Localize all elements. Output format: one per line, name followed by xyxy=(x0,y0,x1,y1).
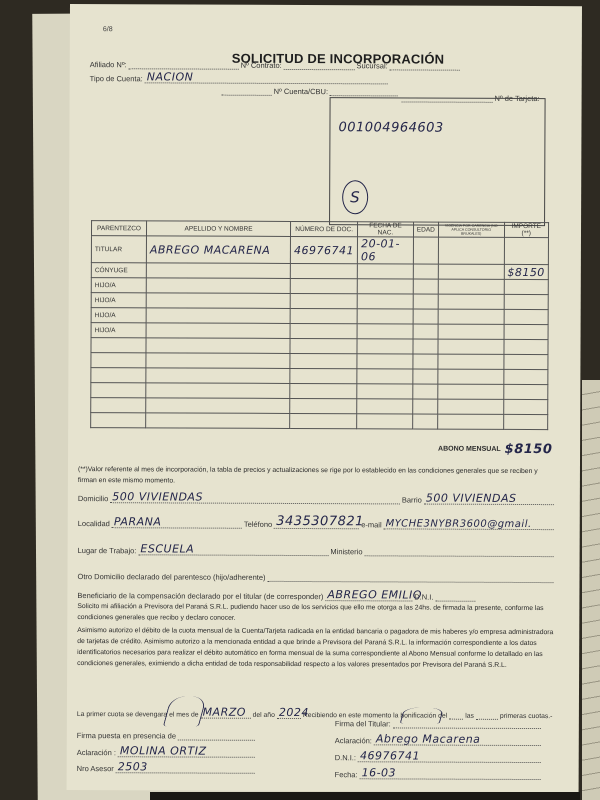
cell-importe[interactable] xyxy=(503,384,548,399)
card-number-box[interactable]: 00100496​4603 S xyxy=(329,97,546,226)
cuota-anio-label: del año xyxy=(253,712,275,719)
cell-edad[interactable] xyxy=(413,237,438,264)
cell-importe[interactable] xyxy=(503,339,548,354)
cell-nombre[interactable] xyxy=(146,413,290,429)
cell-edad[interactable] xyxy=(413,324,438,339)
barrio-field[interactable]: 500 VIVIENDAS xyxy=(424,496,554,506)
cell-importe[interactable] xyxy=(503,399,548,414)
cuota-anio-field[interactable]: 2024 xyxy=(277,710,301,719)
telefono-label: Teléfono xyxy=(244,520,272,529)
legal-paragraph-1: Solicito mi afiliación a Previsora del P… xyxy=(77,601,555,625)
cell-nombre[interactable] xyxy=(146,308,290,324)
cell-doc[interactable] xyxy=(290,368,357,383)
cell-nombre[interactable] xyxy=(146,263,290,279)
fecha-right-row: Fecha: 16-03 xyxy=(335,770,543,780)
cell-nombre[interactable] xyxy=(146,278,290,294)
circled-letter: S xyxy=(342,180,368,214)
barrio-value: 500 VIVIENDAS xyxy=(426,492,517,505)
parentezco-value: HIJO/A xyxy=(95,297,116,304)
cell-nombre[interactable] xyxy=(146,338,290,354)
firma-titular-field[interactable] xyxy=(393,719,541,729)
tipo-cuenta-label: Tipo de Cuenta: xyxy=(90,74,143,83)
cell-nombre[interactable] xyxy=(146,353,290,369)
telefono-field[interactable]: 3435307821 xyxy=(274,520,359,529)
fecha-nac-value: 20-01-06 xyxy=(361,237,400,263)
sucursal-field[interactable] xyxy=(390,61,460,70)
tipo-cuenta-field[interactable]: NACION xyxy=(145,74,388,84)
cell-doc[interactable] xyxy=(290,308,357,323)
cell-fecha-nac[interactable] xyxy=(357,294,413,309)
cell-fecha-nac[interactable] xyxy=(357,324,413,339)
cell-vigencia[interactable] xyxy=(438,384,504,399)
cell-edad[interactable] xyxy=(413,279,438,294)
abono-mensual: ABONO MENSUAL $8150 xyxy=(438,442,552,457)
cell-nombre[interactable] xyxy=(146,368,290,384)
cuota-mes-field[interactable]: MARZO xyxy=(201,710,251,719)
cell-parentezco: TITULAR xyxy=(91,236,146,263)
col-nombre: APELLIDO Y NOMBRE xyxy=(146,221,290,237)
importe-value: $8150 xyxy=(507,265,545,278)
dni-right-value: 46976741 xyxy=(360,749,420,762)
cell-fecha-nac[interactable] xyxy=(357,339,413,354)
asesor-label: Nro Asesor xyxy=(77,764,114,773)
cell-parentezco: HIJO/A xyxy=(91,323,146,338)
legal-paragraph-2: Asimismo autorizo el débito de la cuota … xyxy=(77,625,555,671)
nombre-value: ABREGO MACARENA xyxy=(150,243,270,257)
dni-right-label: D.N.I.: xyxy=(335,753,356,762)
domicilio-value: 500 VIVIENDAS xyxy=(112,490,203,503)
fecha-right-field[interactable]: 16-03 xyxy=(360,770,541,780)
cuota-mes-value: MARZO xyxy=(203,706,246,719)
cbu-leading-dots xyxy=(222,87,272,96)
cell-nombre[interactable] xyxy=(146,383,290,399)
header-row-2: Tipo de Cuenta: NACION xyxy=(90,74,390,84)
form-page: 6/8 SOLICITUD DE INCORPORACIÓN Afiliado … xyxy=(67,4,582,792)
cell-fecha-nac[interactable] xyxy=(357,414,413,429)
fecha-right-label: Fecha: xyxy=(335,770,358,779)
firma-titular-label: Firma del Titular: xyxy=(335,719,391,728)
cell-nombre[interactable]: ABREGO MACARENA xyxy=(146,236,290,264)
asesor-field[interactable]: 2503 xyxy=(116,764,255,774)
cell-fecha-nac[interactable] xyxy=(357,399,413,414)
domicilio-label: Domicilio xyxy=(78,494,108,503)
col-parentezco: PARENTEZCO xyxy=(91,221,146,236)
localidad-value: PARANA xyxy=(114,515,162,528)
cell-vigencia[interactable] xyxy=(438,414,504,429)
abono-value: $8150 xyxy=(505,442,553,457)
card-number-value: 00100496​4603 xyxy=(338,120,443,135)
cell-vigencia[interactable] xyxy=(438,309,504,324)
cell-doc[interactable] xyxy=(290,263,357,278)
aclaracion-right-field[interactable]: Abrego Macarena xyxy=(374,736,541,746)
las-field[interactable] xyxy=(476,711,498,720)
localidad-row: Localidad PARANA Teléfono 3435307821 e-m… xyxy=(78,519,556,530)
witness-signature xyxy=(163,696,207,726)
cuenta-cbu-field[interactable] xyxy=(330,87,398,96)
col-fecha-nac: FECHA DE NAC. xyxy=(358,222,414,237)
cell-parentezco xyxy=(91,413,146,428)
cell-importe[interactable] xyxy=(503,354,548,369)
aclaracion-left-label: Aclaración : xyxy=(77,748,116,757)
firma-presencia-row: Firma puesta en presencia de xyxy=(77,731,257,741)
beneficiario-field[interactable]: ABREGO EMILIO xyxy=(325,592,412,601)
afiliado-field[interactable] xyxy=(129,60,239,69)
domicilio-row: Domicilio 500 VIVIENDAS Barrio 500 VIVIE… xyxy=(78,494,556,505)
cell-parentezco: HIJO/A xyxy=(91,278,146,293)
cell-importe[interactable] xyxy=(503,414,548,429)
beneficiario-dni-field[interactable] xyxy=(435,593,475,602)
beneficiario-label: Beneficiario de la compensación declarad… xyxy=(77,591,323,601)
cell-parentezco: CÓNYUGE xyxy=(91,263,146,278)
cell-edad[interactable] xyxy=(413,354,438,369)
cell-vigencia[interactable] xyxy=(438,339,504,354)
cell-importe[interactable] xyxy=(504,279,549,294)
cell-vigencia[interactable] xyxy=(438,237,504,264)
cuenta-cbu-label: Nº Cuenta/CBU: xyxy=(274,87,328,96)
cell-nombre[interactable] xyxy=(146,293,290,309)
fecha-right-value: 16-03 xyxy=(362,766,397,779)
cell-fecha-nac[interactable] xyxy=(357,264,413,279)
cell-nombre[interactable] xyxy=(146,398,290,414)
otro-domicilio-field[interactable] xyxy=(268,573,554,583)
cell-importe[interactable] xyxy=(504,324,549,339)
cell-fecha-nac[interactable] xyxy=(357,309,413,324)
dni-right-field[interactable]: 46976741 xyxy=(358,753,541,763)
cell-doc[interactable] xyxy=(290,278,357,293)
cell-parentezco xyxy=(91,383,146,398)
cell-edad[interactable] xyxy=(413,384,438,399)
telefono-value: 3435307821 xyxy=(276,514,364,529)
header-row-3: Nº Cuenta/CBU: xyxy=(220,87,400,97)
cell-doc[interactable]: 46976741 xyxy=(290,236,357,263)
cell-vigencia[interactable] xyxy=(438,399,504,414)
aclaracion-left-value: MOLINA ORTIZ xyxy=(120,744,207,757)
aclaracion-left-row: Aclaración : MOLINA ORTIZ xyxy=(77,748,257,758)
firma-presencia-field[interactable] xyxy=(178,731,255,740)
cell-vigencia[interactable] xyxy=(438,324,504,339)
aclaracion-left-field[interactable]: MOLINA ORTIZ xyxy=(118,748,255,758)
cell-doc[interactable] xyxy=(290,413,357,428)
cell-doc[interactable] xyxy=(290,398,357,413)
bonif-field[interactable] xyxy=(449,711,463,720)
parentezco-value: HIJO/A xyxy=(95,282,116,289)
col-edad: EDAD xyxy=(413,222,438,237)
cell-importe[interactable] xyxy=(504,294,549,309)
cuota-anio-value: 2024 xyxy=(279,706,309,719)
cell-doc[interactable] xyxy=(290,293,357,308)
aclaracion-right-row: Aclaración: Abrego Macarena xyxy=(335,736,543,746)
primer-cuota-row: La primer cuota se devengara el mes de M… xyxy=(77,709,555,720)
las-label: las xyxy=(465,713,474,720)
lugar-trabajo-label: Lugar de Trabajo: xyxy=(78,546,137,555)
email-value: MYCHE3NYBR3600@gmail. xyxy=(386,518,532,530)
ministerio-label: Ministerio xyxy=(330,547,362,556)
sucursal-label: Sucursal: xyxy=(356,61,387,70)
cell-parentezco xyxy=(91,353,146,368)
tipo-cuenta-value: NACION xyxy=(147,70,194,83)
email-label: e-mail xyxy=(361,520,381,529)
ministerio-field[interactable] xyxy=(364,547,553,557)
cell-importe[interactable] xyxy=(504,309,549,324)
cell-parentezco: HIJO/A xyxy=(91,308,146,323)
firma-presencia-label: Firma puesta en presencia de xyxy=(77,731,176,740)
cell-fecha-nac[interactable] xyxy=(357,369,413,384)
cell-importe[interactable] xyxy=(504,237,549,264)
parentezco-value: HIJO/A xyxy=(95,312,116,319)
contrato-field[interactable] xyxy=(284,61,355,70)
cell-vigencia[interactable] xyxy=(438,264,504,279)
cell-nombre[interactable] xyxy=(146,323,290,339)
cell-doc[interactable] xyxy=(290,338,357,353)
afiliado-label: Afiliado Nº: xyxy=(90,60,127,69)
cell-fecha-nac[interactable] xyxy=(357,354,413,369)
adjacent-sheet-edge xyxy=(582,380,600,800)
doc-value: 46976741 xyxy=(294,243,354,256)
asesor-row: Nro Asesor 2503 xyxy=(77,764,257,774)
beneficiario-value: ABREGO EMILIO xyxy=(327,588,422,601)
col-doc: NÚMERO DE DOC. xyxy=(291,221,358,236)
cell-doc[interactable] xyxy=(290,383,357,398)
otro-domicilio-label: Otro Domicilio declarado del parentesco … xyxy=(77,572,265,582)
otro-domicilio-row: Otro Domicilio declarado del parentesco … xyxy=(77,572,555,583)
cell-doc[interactable] xyxy=(290,323,357,338)
members-table: PARENTEZCO APELLIDO Y NOMBRE NÚMERO DE D… xyxy=(90,220,549,430)
cell-parentezco xyxy=(91,368,146,383)
cell-fecha-nac[interactable]: 20-01-06 xyxy=(357,237,413,264)
parentezco-value: TITULAR xyxy=(95,246,122,253)
cell-fecha-nac[interactable] xyxy=(357,384,413,399)
aclaracion-right-value: Abrego Macarena xyxy=(376,732,481,745)
col-vigencia: VIGENCIA POR CARENCIA (NO APLICA CONSULT… xyxy=(438,222,504,237)
cell-edad[interactable] xyxy=(413,309,438,324)
dni-right-row: D.N.I.: 46976741 xyxy=(335,753,543,763)
localidad-label: Localidad xyxy=(78,519,110,528)
cell-fecha-nac[interactable] xyxy=(357,279,413,294)
cell-parentezco: HIJO/A xyxy=(91,293,146,308)
cell-edad[interactable] xyxy=(413,399,438,414)
cell-vigencia[interactable] xyxy=(438,369,504,384)
trabajo-row: Lugar de Trabajo: ESCUELA Ministerio xyxy=(78,546,556,557)
dark-edge xyxy=(150,792,580,800)
beneficiario-row: Beneficiario de la compensación declarad… xyxy=(77,591,477,602)
cell-vigencia[interactable] xyxy=(438,279,504,294)
cell-edad[interactable] xyxy=(412,414,437,429)
lugar-trabajo-field[interactable]: ESCUELA xyxy=(138,546,328,556)
cell-edad[interactable] xyxy=(413,294,438,309)
col-importe: IMPORTE (**) xyxy=(504,222,549,237)
abono-label: ABONO MENSUAL xyxy=(438,446,501,453)
barrio-label: Barrio xyxy=(402,495,422,504)
aclaracion-right-label: Aclaración: xyxy=(335,736,372,745)
table-row: TITULARABREGO MACARENA4697674120-01-06 xyxy=(91,236,548,265)
email-field[interactable]: MYCHE3NYBR3600@gmail. xyxy=(384,520,554,530)
footnote: (**)Valor referente al mes de incorporac… xyxy=(78,464,556,488)
domicilio-field[interactable]: 500 VIVIENDAS xyxy=(110,494,400,504)
lugar-trabajo-value: ESCUELA xyxy=(140,542,194,555)
asesor-value: 2503 xyxy=(118,760,148,773)
page-number: 6/8 xyxy=(103,26,113,33)
contrato-label: Nº Contrato: xyxy=(241,61,282,70)
cell-edad[interactable] xyxy=(413,369,438,384)
cell-vigencia[interactable] xyxy=(438,294,504,309)
cell-importe[interactable] xyxy=(503,369,548,384)
firma-titular-row: Firma del Titular: xyxy=(335,719,543,729)
localidad-field[interactable]: PARANA xyxy=(112,519,242,529)
cell-parentezco xyxy=(91,338,146,353)
parentezco-value: CÓNYUGE xyxy=(95,267,128,274)
cell-parentezco xyxy=(91,398,146,413)
parentezco-value: HIJO/A xyxy=(95,327,116,334)
cell-doc[interactable] xyxy=(290,353,357,368)
cell-importe[interactable]: $8150 xyxy=(504,264,549,279)
table-row xyxy=(91,413,548,430)
cell-edad[interactable] xyxy=(413,264,438,279)
cell-edad[interactable] xyxy=(413,339,438,354)
header-row-1: Afiliado Nº: Nº Contrato: Sucursal: xyxy=(90,60,462,71)
cell-vigencia[interactable] xyxy=(438,354,504,369)
